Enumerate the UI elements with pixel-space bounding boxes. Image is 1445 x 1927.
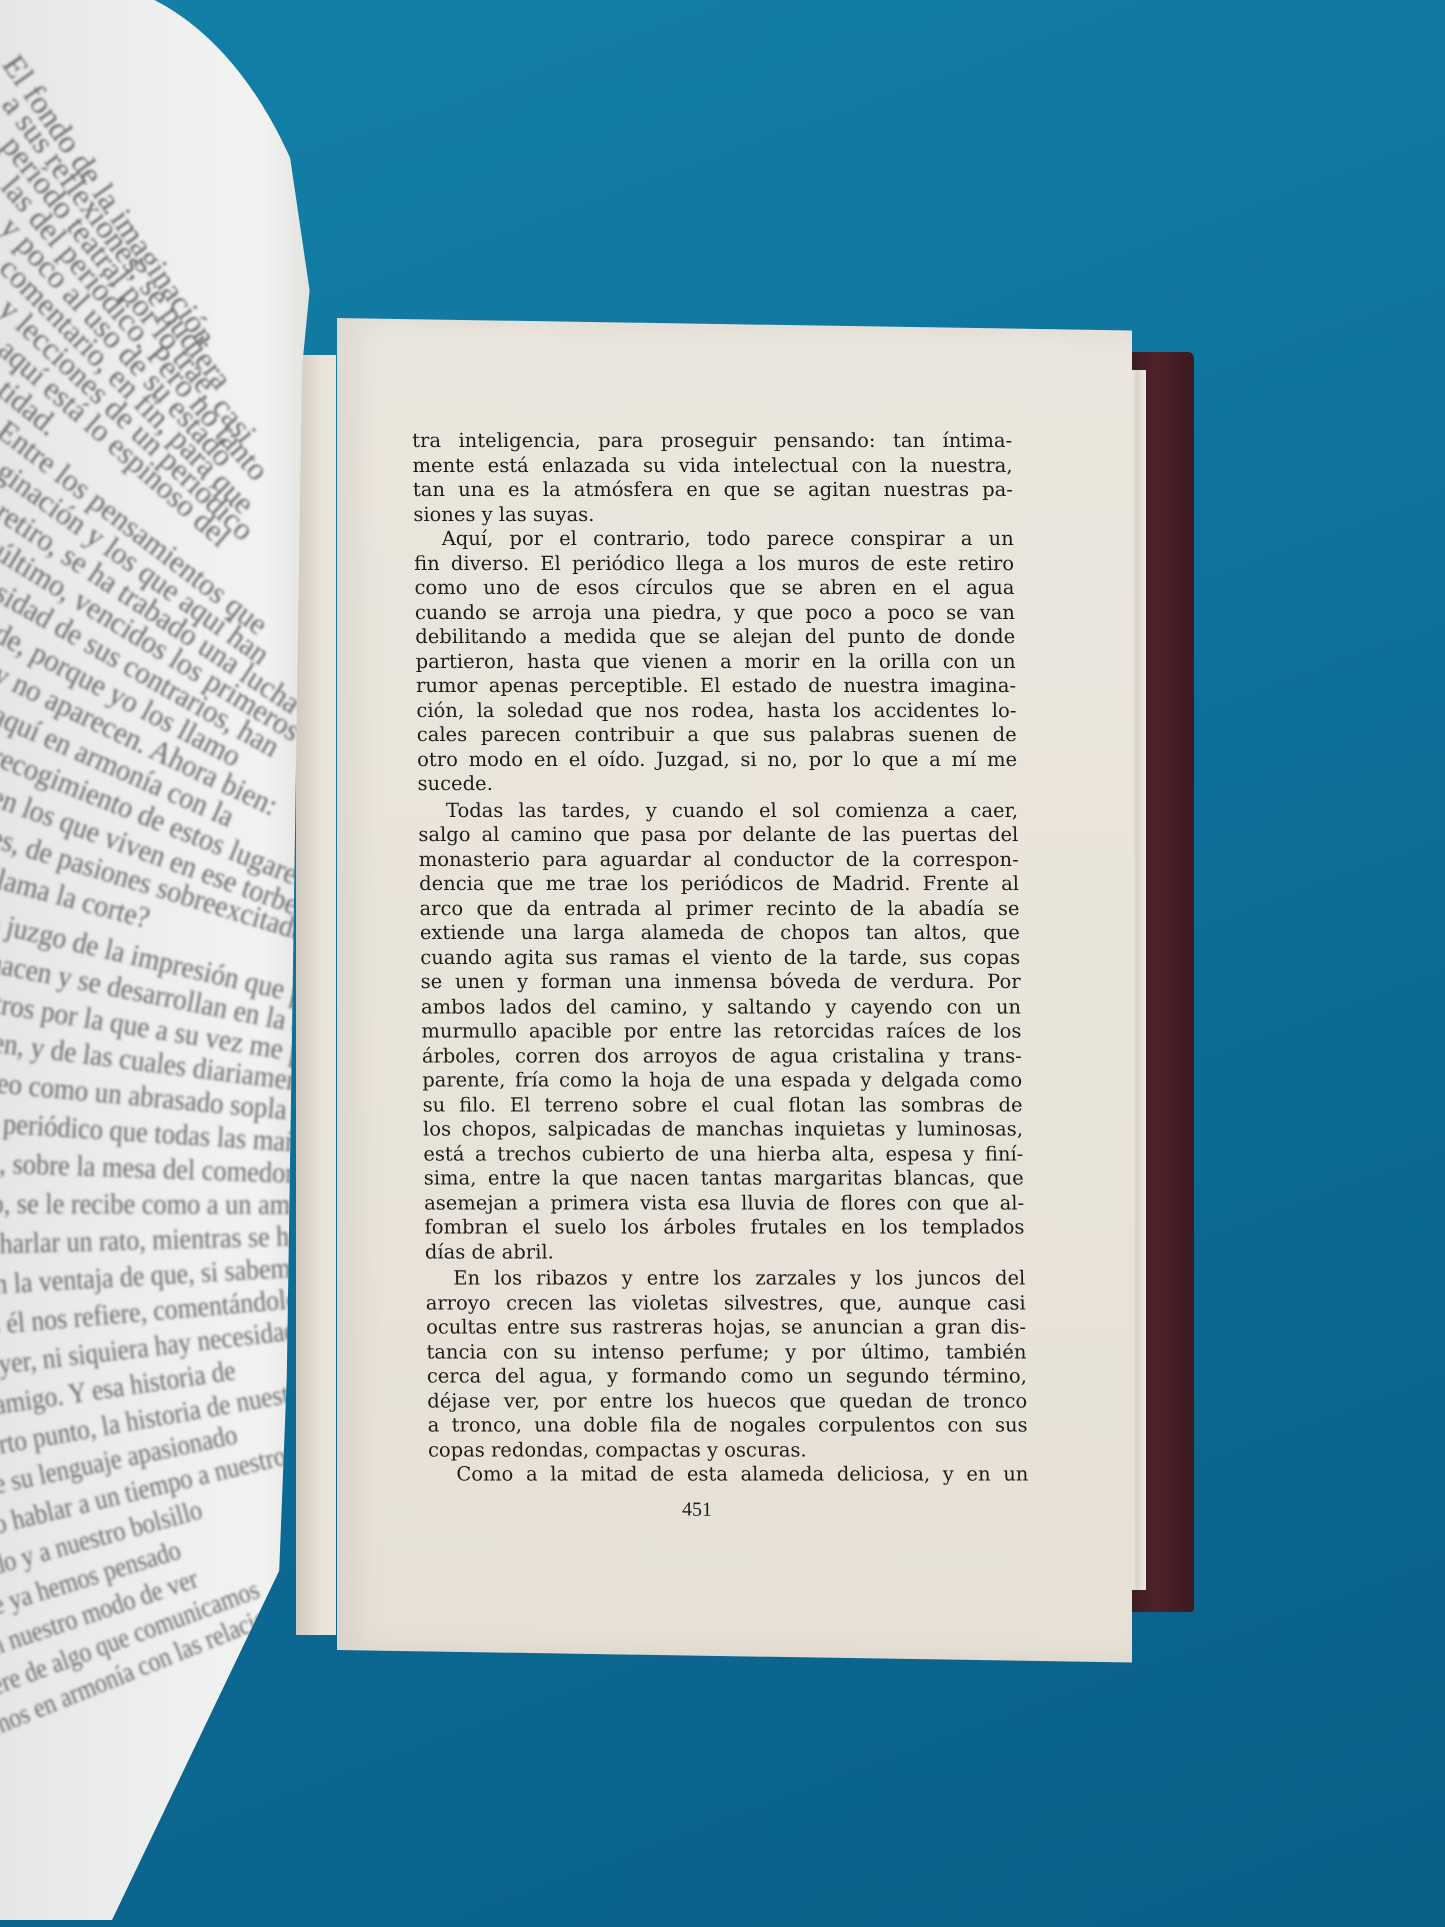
text-line: extiende una larga alameda de chopos tan… bbox=[420, 921, 1020, 946]
text-line: En los ribazos y entre los zarzales y lo… bbox=[425, 1266, 1025, 1291]
text-line: cales parecen contribuir a que sus palab… bbox=[417, 723, 1017, 748]
text-line: cerca del agua, y formando como un segun… bbox=[427, 1364, 1027, 1389]
text-line: se unen y forman una inmensa bóveda de v… bbox=[420, 970, 1020, 995]
text-line: rumor apenas perceptible. El estado de n… bbox=[416, 674, 1016, 699]
text-line: ocultas entre sus rastreras hojas, se an… bbox=[426, 1315, 1026, 1340]
text-line: cuando agita sus ramas el viento de la t… bbox=[420, 946, 1020, 971]
text-line: fin diverso. El periódico llega a los mu… bbox=[414, 552, 1014, 577]
text-line: Aquí, por el contrario, todo parece cons… bbox=[414, 527, 1014, 552]
text-line: asemejan a primera vista esa lluvia de f… bbox=[424, 1191, 1024, 1216]
text-line: tra inteligencia, para proseguir pensand… bbox=[412, 429, 1012, 454]
text-line: está a trechos cubierto de una hierba al… bbox=[423, 1142, 1023, 1167]
text-line: ción, la soledad que nos rodea, hasta lo… bbox=[416, 699, 1016, 724]
text-line: Como a la mitad de esta alameda delicios… bbox=[428, 1462, 1028, 1487]
right-page-text: tra inteligencia, para proseguir pensand… bbox=[412, 429, 1029, 1487]
text-line: como uno de esos círculos que se abren e… bbox=[414, 576, 1014, 601]
text-line: sima, entre la que nacen tantas margarit… bbox=[424, 1166, 1024, 1191]
text-line: ambos lados del camino, y saltando y cay… bbox=[421, 995, 1021, 1020]
text-line: sucede. bbox=[417, 772, 1017, 797]
text-line: tancia con su intenso perfume; y por últ… bbox=[426, 1340, 1026, 1365]
text-line: parente, fría como la hoja de una espada… bbox=[422, 1068, 1022, 1093]
text-line: murmullo apacible por entre las retorcid… bbox=[421, 1019, 1021, 1044]
page-number: 451 bbox=[682, 1498, 712, 1521]
text-line: salgo al camino que pasa por delante de … bbox=[418, 823, 1018, 848]
text-line: tan una es la atmósfera en que se agitan… bbox=[413, 478, 1013, 503]
text-line: debilitando a medida que se alejan del p… bbox=[415, 625, 1015, 650]
text-line: arco que da entrada al primer recinto de… bbox=[419, 897, 1019, 922]
text-line: fombran el suelo los árboles frutales en… bbox=[424, 1215, 1024, 1240]
text-line: a tronco, una doble fila de nogales corp… bbox=[427, 1413, 1027, 1438]
text-line: copas redondas, compactas y oscuras. bbox=[428, 1438, 1028, 1463]
book-gutter bbox=[296, 355, 336, 1635]
text-line: días de abril. bbox=[425, 1240, 1025, 1265]
text-line: su filo. El terreno sobre el cual flotan… bbox=[422, 1093, 1022, 1118]
text-line: siones y las suyas. bbox=[413, 503, 1013, 528]
text-line: los chopos, salpicadas de manchas inquie… bbox=[423, 1117, 1023, 1142]
text-line: dencia que me trae los periódicos de Mad… bbox=[419, 872, 1019, 897]
right-page: tra inteligencia, para proseguir pensand… bbox=[337, 318, 1132, 1662]
text-line: árboles, corren dos arroyos de agua cris… bbox=[422, 1044, 1022, 1069]
text-line: arroyo crecen las violetas silvestres, q… bbox=[426, 1291, 1026, 1316]
text-line: mente está enlazada su vida intelectual … bbox=[412, 454, 1012, 479]
text-line: monasterio para aguardar al conductor de… bbox=[419, 848, 1019, 873]
text-line: otro modo en el oído. Juzgad, si no, por… bbox=[417, 748, 1017, 773]
left-page-curled: El fondo de la imaginacióna sus reflexio… bbox=[0, 0, 340, 1920]
text-line: Todas las tardes, y cuando el sol comien… bbox=[418, 799, 1018, 824]
text-line: cuando se arroja una piedra, y que poco … bbox=[415, 601, 1015, 626]
text-line: déjase ver, por entre los huecos que que… bbox=[427, 1389, 1027, 1414]
text-line: partieron, hasta que vienen a morir en l… bbox=[415, 650, 1015, 675]
